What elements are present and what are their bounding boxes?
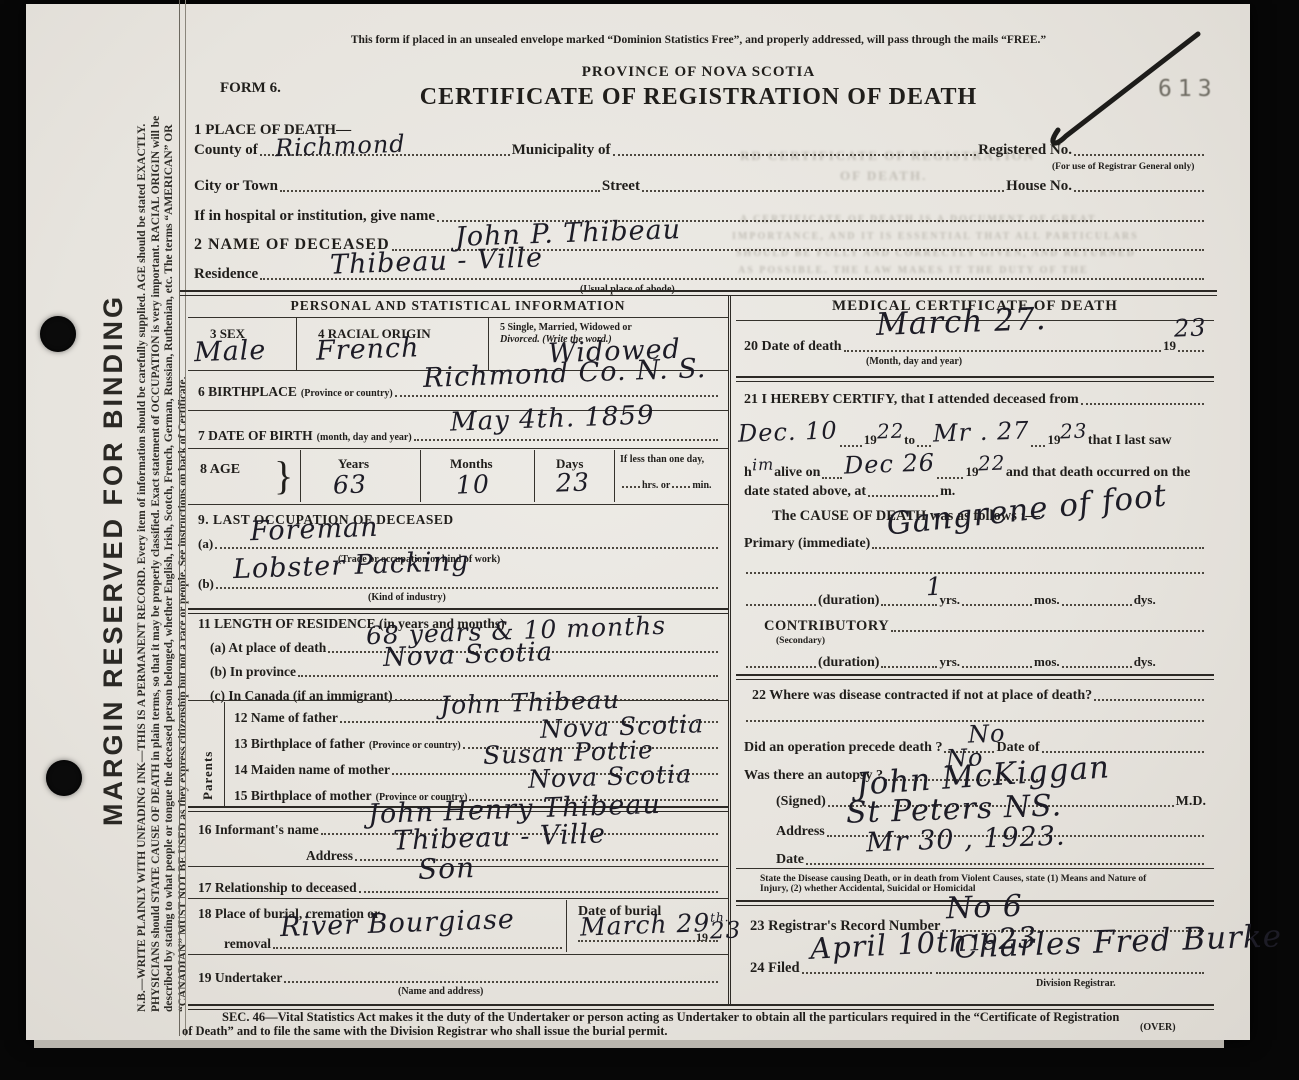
dotted-leader — [746, 662, 816, 668]
personal-column: PERSONAL AND STATISTICAL INFORMATION 3 S… — [188, 296, 731, 1006]
residence-a-label: (a) At place of death — [210, 640, 326, 656]
form-area: RD CERTIFICATE OF REGISTRATION OF DEATH.… — [179, 0, 1217, 1036]
mother-name-label: 14 Maiden name of mother — [234, 762, 390, 778]
residence-b-label: (b) In province — [210, 664, 296, 680]
contributory-label: CONTRIBUTORY — [764, 618, 889, 635]
age-min-label: min. — [692, 480, 711, 491]
certify-line2-end: that I last saw — [1088, 433, 1172, 449]
residence-c-label: (c) In Canada (if an immigrant) — [210, 688, 393, 704]
dotted-leader — [642, 186, 1004, 192]
dys-label: dys. — [1134, 654, 1156, 670]
informant-address-label: Address — [306, 848, 353, 864]
racial-handwritten: French — [315, 332, 420, 367]
scanned-certificate: MARGIN RESERVED FOR BINDING N.B.—WRITE P… — [0, 0, 1299, 1080]
last-seen-year-printed: 19 — [965, 464, 978, 480]
contributory-note: (Secondary) — [776, 636, 825, 646]
age-months-handwritten: 10 — [456, 469, 491, 499]
dotted-leader — [1178, 346, 1204, 352]
dotted-leader — [298, 671, 718, 677]
undertaker-label: 19 Undertaker — [198, 970, 282, 986]
last-seen-handwritten: Dec 26 — [844, 448, 936, 479]
date-stated-label: date stated above, at — [744, 484, 866, 500]
dotted-leader — [1062, 600, 1132, 606]
occupation-b-note: (Kind of industry) — [368, 592, 446, 603]
rule — [736, 868, 1214, 869]
age-less-label: If less than one day, — [620, 454, 704, 465]
dotted-leader — [917, 441, 931, 447]
signed-label: (Signed) — [776, 794, 826, 810]
registered-no-label: Registered No. — [978, 142, 1072, 159]
stamp-number: 613 — [1158, 76, 1218, 102]
mother-birthplace-handwritten: Nova Scotia — [528, 759, 693, 794]
father-birthplace-note: (Province or country) — [369, 740, 461, 751]
mother-birthplace-label: 15 Birthplace of mother — [234, 788, 372, 804]
sex-handwritten: Male — [193, 335, 266, 369]
dotted-leader — [1081, 399, 1204, 405]
residence-b-handwritten: Nova Scotia — [383, 637, 554, 673]
certify-line1: 21 I HEREBY CERTIFY, that I attended dec… — [744, 392, 1079, 408]
dod-note: (Month, day and year) — [866, 356, 962, 367]
over-label: (OVER) — [1140, 1022, 1176, 1033]
mos-label: mos. — [1034, 654, 1060, 670]
filed-label: 24 Filed — [750, 960, 800, 977]
occupation-b-label: (b) — [198, 576, 214, 592]
cell-divider — [300, 450, 301, 502]
birthplace-note: (Province or country) — [301, 388, 393, 399]
age-hrs-label: hrs. or — [642, 480, 670, 491]
dotted-leader — [868, 491, 938, 497]
contributory-duration-label: (duration) — [818, 655, 879, 671]
to-label: to — [904, 432, 915, 448]
dob-label: 7 DATE OF BIRTH — [198, 428, 313, 444]
from-year-handwritten: 22 — [876, 419, 904, 444]
dod-handwritten: March 27. — [875, 301, 1047, 343]
dotted-leader — [1074, 150, 1204, 156]
dotted-leader — [216, 583, 718, 589]
dotted-leader — [881, 662, 937, 668]
certificate-date-label: Date — [776, 852, 804, 868]
dotted-leader — [937, 473, 963, 479]
physician-address-label: Address — [776, 824, 825, 840]
dotted-leader — [622, 482, 640, 488]
alive-on-label: alive on — [774, 465, 820, 481]
dotted-leader — [936, 968, 1204, 974]
rule — [188, 954, 728, 955]
punch-hole — [40, 316, 76, 352]
last-seen-year-handwritten: 22 — [978, 451, 1006, 476]
personal-heading: PERSONAL AND STATISTICAL INFORMATION — [188, 298, 728, 314]
dod-year-handwritten: 23 — [1174, 313, 1208, 342]
date-of-death-label: 20 Date of death — [744, 339, 842, 355]
dotted-leader — [359, 887, 718, 893]
dotted-leader — [872, 543, 1204, 549]
primary-label: Primary (immediate) — [744, 536, 870, 552]
father-birthplace-label: 13 Birthplace of father — [234, 736, 365, 752]
operation-label: Did an operation precede death ? — [744, 740, 942, 756]
md-label: M.D. — [1176, 794, 1206, 810]
parents-divider — [224, 702, 225, 806]
dotted-leader — [802, 968, 932, 974]
primary-duration-label: (duration) — [818, 593, 879, 609]
registrar-general-note: (For use of Registrar General only) — [1052, 162, 1194, 172]
relationship-handwritten: Son — [417, 851, 475, 886]
section-divider — [736, 674, 1214, 680]
street-label: Street — [602, 178, 640, 195]
dotted-leader — [962, 662, 1032, 668]
dotted-leader — [746, 568, 1204, 574]
age-brace: } — [274, 452, 293, 499]
house-no-label: House No. — [1006, 178, 1072, 195]
cell-divider — [566, 900, 567, 952]
dotted-leader — [280, 186, 600, 192]
dotted-leader — [844, 346, 1161, 352]
occupation-a-label: (a) — [198, 536, 213, 552]
disease-contracted-label: 22 Where was disease contracted if not a… — [752, 688, 1092, 704]
rule — [188, 504, 728, 505]
municipality-label: Municipality of — [512, 142, 611, 159]
age-label: 8 AGE — [200, 462, 240, 478]
marital-label: 5 Single, Married, Widowed or — [500, 322, 632, 333]
dotted-leader — [1094, 695, 1204, 701]
dotted-leader — [891, 626, 1204, 632]
cell-divider — [296, 318, 297, 370]
rule — [188, 898, 728, 899]
sec46-note-line1: SEC. 46—Vital Statistics Act makes it th… — [222, 1010, 1119, 1025]
from-year-printed: 19 — [864, 432, 877, 448]
dob-note: (month, day and year) — [317, 432, 412, 443]
cell-divider — [420, 450, 421, 502]
division-registrar-label: Division Registrar. — [1036, 978, 1116, 989]
dotted-leader — [746, 600, 816, 606]
attended-from-handwritten: Dec. 10 — [738, 416, 839, 447]
mos-label: mos. — [1034, 592, 1060, 608]
dotted-leader — [1062, 662, 1132, 668]
informant-label: 16 Informant's name — [198, 822, 319, 838]
him-handwritten: im — [751, 455, 774, 475]
city-town-label: City or Town — [194, 178, 278, 195]
medical-column: MEDICAL CERTIFICATE OF DEATH 20 Date of … — [736, 296, 1214, 1006]
to-year-printed: 19 — [1047, 432, 1060, 448]
parents-vertical-label: Parents — [200, 716, 216, 800]
sec46-note-line2: of Death” and to file the same with the … — [182, 1024, 668, 1039]
punch-hole — [46, 760, 82, 796]
age-years-handwritten: 63 — [333, 469, 368, 499]
margin-binding-text: MARGIN RESERVED FOR BINDING — [98, 120, 129, 1000]
hospital-label: If in hospital or institution, give name — [194, 208, 435, 225]
date-stated-m-label: m. — [940, 484, 955, 500]
to-year-handwritten: 23 — [1060, 419, 1088, 444]
dotted-leader — [1031, 441, 1045, 447]
age-days-handwritten: 23 — [556, 467, 591, 497]
birthplace-label: 6 BIRTHPLACE — [198, 384, 297, 400]
county-label: County of — [194, 142, 258, 159]
yrs-label: yrs. — [939, 654, 960, 670]
dotted-leader — [806, 859, 1204, 865]
section-divider — [736, 376, 1214, 382]
dotted-leader — [284, 977, 718, 983]
dotted-leader — [613, 150, 977, 156]
residence-label: Residence — [194, 266, 258, 283]
burial-removal-label: removal — [224, 936, 271, 952]
dys-label: dys. — [1134, 592, 1156, 608]
father-name-label: 12 Name of father — [234, 710, 338, 726]
relationship-label: 17 Relationship to deceased — [198, 880, 357, 896]
rule — [188, 448, 728, 449]
dotted-leader — [822, 473, 842, 479]
undertaker-note: (Name and address) — [398, 986, 483, 997]
dotted-leader — [578, 936, 718, 942]
h-label: h — [744, 465, 752, 481]
page-under-edge — [34, 1040, 1224, 1048]
cell-divider — [534, 450, 535, 502]
dotted-leader — [962, 600, 1032, 606]
rule — [188, 317, 728, 318]
primary-duration-handwritten: 1 — [925, 572, 943, 602]
attended-to-handwritten: Mr . 27 — [933, 416, 1030, 447]
dotted-leader — [1074, 186, 1204, 192]
dotted-leader — [273, 943, 562, 949]
occupation-a-handwritten: Foreman — [249, 512, 379, 547]
dotted-leader — [672, 482, 690, 488]
cell-divider — [614, 450, 615, 502]
county-handwritten: Richmond — [275, 130, 407, 163]
dotted-leader — [840, 441, 862, 447]
